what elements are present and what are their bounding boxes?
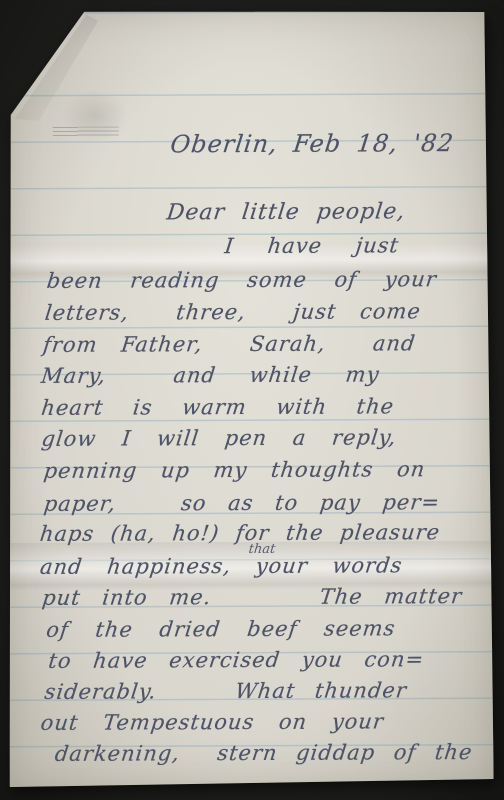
letter-line: siderably. What thunder xyxy=(43,678,408,704)
letter-line: heart is warm with the xyxy=(40,394,395,420)
salutation: Dear little people, xyxy=(165,199,407,225)
letter-page: Oberlin, Feb 18, '82 Dear little people,… xyxy=(4,7,495,789)
letter-line: to have exercised you con= xyxy=(47,647,425,673)
letter-line: glow I will pen a reply, xyxy=(40,425,398,451)
letter-line: and happiness, your words xyxy=(39,553,404,579)
letter-line: haps (ha, ho!) for the pleasure xyxy=(39,520,442,546)
letter-line: I have just xyxy=(223,233,400,258)
letter-page-shadow: Oberlin, Feb 18, '82 Dear little people,… xyxy=(0,0,504,800)
letter-line: letters, three, just come xyxy=(44,299,423,325)
letter-line: been reading some of your xyxy=(46,267,439,293)
letter-line: from Father, Sarah, and xyxy=(42,331,417,357)
handwriting-layer: Oberlin, Feb 18, '82 Dear little people,… xyxy=(4,7,495,789)
dateline: Oberlin, Feb 18, '82 xyxy=(169,129,456,158)
scan-viewport: Oberlin, Feb 18, '82 Dear little people,… xyxy=(0,0,504,800)
scan-background: { "scan": { "kind": "handwritten-letter-… xyxy=(0,0,504,800)
letter-line: penning up my thoughts on xyxy=(42,457,426,483)
letter-line: paper, so as to pay per= xyxy=(43,490,442,516)
paper-speck xyxy=(484,31,487,35)
letter-line: of the dried beef seems xyxy=(45,616,397,642)
letter-line: darkening, stern giddap of the xyxy=(54,740,474,766)
letter-line: out Tempestuous on your xyxy=(39,709,385,735)
letter-line: put into me. The matter xyxy=(41,584,464,610)
letter-line: Mary, and while my xyxy=(40,362,381,387)
